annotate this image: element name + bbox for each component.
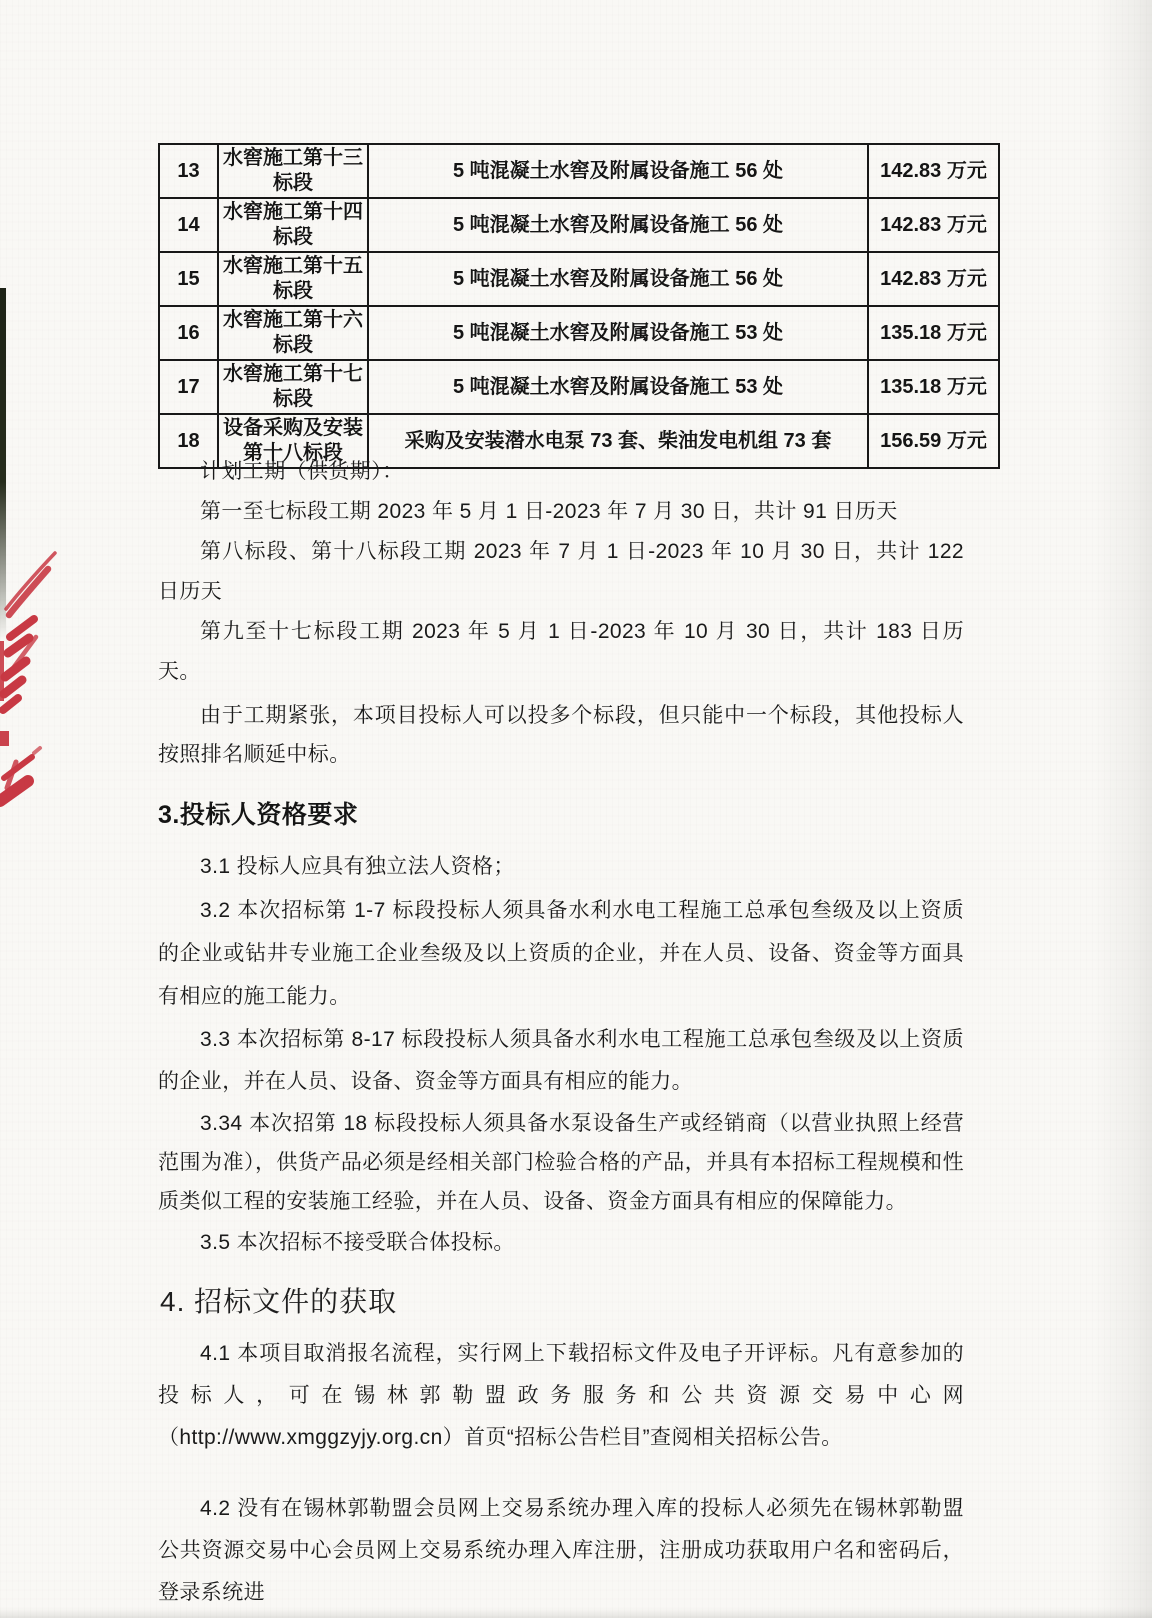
- section4-heading: 4. 招标文件的获取: [160, 1280, 964, 1320]
- clause-4-1: 4.1 本项目取消报名流程，实行网上下载招标文件及电子开评标。凡有意参加的投标人…: [158, 1333, 964, 1459]
- table-row: 15 水窖施工第十五标段 5 吨混凝土水窖及附属设备施工 56 处 142.83…: [159, 252, 999, 306]
- clause-3-3: 3.3 本次招标第 8-17 标段投标人须具备水利水电工程施工总承包叁级及以上资…: [158, 1019, 964, 1103]
- scanned-tender-document-page: 13 水窖施工第十三标段 5 吨混凝土水窖及附属设备施工 56 处 142.83…: [0, 0, 1152, 1618]
- section-name-line1: 水窖施工第十六: [223, 309, 363, 331]
- section-description: 5 吨混凝土水窖及附属设备施工 56 处: [368, 252, 868, 306]
- section-number: 14: [159, 198, 218, 252]
- section-number: 15: [159, 252, 218, 306]
- table-row: 17 水窖施工第十七标段 5 吨混凝土水窖及附属设备施工 53 处 135.18…: [159, 360, 999, 414]
- clause-4-2: 4.2 没有在锡林郭勒盟会员网上交易系统办理入库的投标人必须先在锡林郭勒盟公共资…: [158, 1488, 964, 1614]
- schedule-line: 第八标段、第十八标段工期 2023 年 7 月 1 日-2023 年 10 月 …: [158, 532, 964, 612]
- table-row: 13 水窖施工第十三标段 5 吨混凝土水窖及附属设备施工 56 处 142.83…: [159, 144, 999, 198]
- section-number: 13: [159, 144, 218, 198]
- scan-right-shadow: [1094, 0, 1152, 1618]
- section-name-line2: 标段: [273, 172, 313, 194]
- section-number: 16: [159, 306, 218, 360]
- table-row: 16 水窖施工第十六标段 5 吨混凝土水窖及附属设备施工 53 处 135.18…: [159, 306, 999, 360]
- section-name-line2: 标段: [273, 388, 313, 410]
- section-name-line1: 设备采购及安装: [223, 417, 363, 439]
- section-name-line1: 水窖施工第十七: [223, 363, 363, 385]
- section-amount: 142.83 万元: [868, 198, 999, 252]
- section-name: 水窖施工第十六标段: [218, 306, 368, 360]
- bid-sections-table: 13 水窖施工第十三标段 5 吨混凝土水窖及附属设备施工 56 处 142.83…: [158, 143, 1000, 469]
- section-name: 水窖施工第十四标段: [218, 198, 368, 252]
- section-amount: 135.18 万元: [868, 360, 999, 414]
- multi-bid-note: 由于工期紧张，本项目投标人可以投多个标段，但只能中一个标段，其他投标人按照排名顺…: [158, 696, 964, 774]
- section-name: 水窖施工第十五标段: [218, 252, 368, 306]
- clause-3-34: 3.34 本次招第 18 标段投标人须具备水泵设备生产或经销商（以营业执照上经营…: [158, 1104, 964, 1221]
- section-name-line2: 标段: [273, 226, 313, 248]
- section-name-line1: 水窖施工第十五: [223, 255, 363, 277]
- section-description: 5 吨混凝土水窖及附属设备施工 53 处: [368, 306, 868, 360]
- section3-heading: 3.投标人资格要求: [158, 795, 964, 831]
- red-seal-stamp-fragment: [0, 545, 58, 807]
- table-row: 14 水窖施工第十四标段 5 吨混凝土水窖及附属设备施工 56 处 142.83…: [159, 198, 999, 252]
- clause-3-2: 3.2 本次招标第 1-7 标段投标人须具备水利水电工程施工总承包叁级及以上资质…: [158, 889, 964, 1018]
- section-number: 17: [159, 360, 218, 414]
- section-name-line2: 标段: [273, 280, 313, 302]
- clause-3-1: 3.1 投标人应具有独立法人资格；: [158, 846, 964, 888]
- section-description: 5 吨混凝土水窖及附属设备施工 56 处: [368, 144, 868, 198]
- schedule-line: 第一至七标段工期 2023 年 5 月 1 日-2023 年 7 月 30 日，…: [158, 492, 964, 532]
- document-body: 计划工期（供货期）： 第一至七标段工期 2023 年 5 月 1 日-2023 …: [158, 452, 964, 1614]
- section-name-line1: 水窖施工第十四: [223, 201, 363, 223]
- schedule-line: 第九至十七标段工期 2023 年 5 月 1 日-2023 年 10 月 30 …: [158, 612, 964, 692]
- section-name-line1: 水窖施工第十三: [223, 147, 363, 169]
- section-description: 5 吨混凝土水窖及附属设备施工 53 处: [368, 360, 868, 414]
- schedule-header: 计划工期（供货期）：: [158, 452, 964, 492]
- section-name: 水窖施工第十七标段: [218, 360, 368, 414]
- section-name-line2: 标段: [273, 334, 313, 356]
- section-description: 5 吨混凝土水窖及附属设备施工 56 处: [368, 198, 868, 252]
- section-amount: 142.83 万元: [868, 144, 999, 198]
- section-amount: 135.18 万元: [868, 306, 999, 360]
- section-amount: 142.83 万元: [868, 252, 999, 306]
- section-name: 水窖施工第十三标段: [218, 144, 368, 198]
- clause-3-5: 3.5 本次招标不接受联合体投标。: [158, 1222, 964, 1264]
